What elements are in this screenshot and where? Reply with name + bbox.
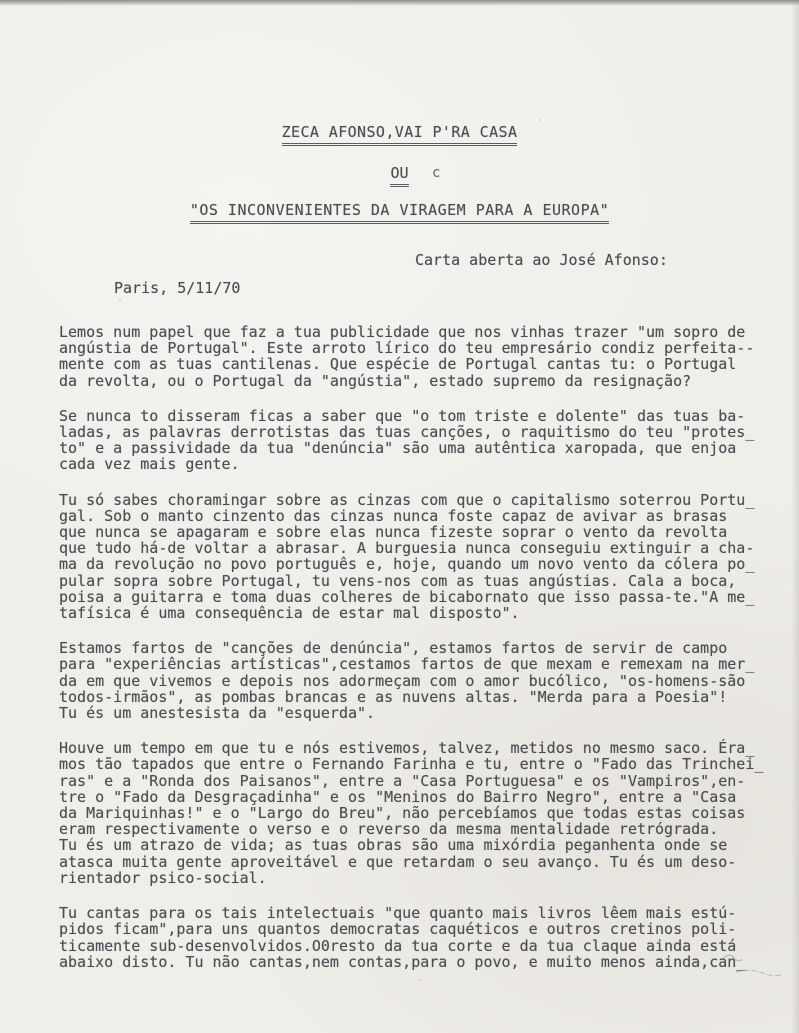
scan-edge-top [0, 0, 799, 6]
letter-page: ZECA AFONSO,VAI P'RA CASA OU c "OS INCON… [0, 0, 799, 1033]
letter-title: ZECA AFONSO,VAI P'RA CASA [0, 123, 799, 141]
title-connector-row: OU [0, 164, 799, 182]
letter-subtitle-row: "OS INCONVENIENTES DA VIRAGEM PARA A EUR… [0, 201, 799, 219]
paragraph-4: Estamos fartos de "canções de denúncia",… [59, 640, 779, 721]
salutation: Carta aberta ao José Afonso: [415, 251, 668, 269]
paragraph-6: Tu cantas para os tais intelectuais "que… [59, 905, 779, 970]
letter-body: Lemos num papel que faz a tua publicidad… [59, 324, 779, 989]
paragraph-5: Houve um tempo em que tu e nós estivemos… [59, 740, 779, 886]
paragraph-3: Tu só sabes choramingar sobre as cinzas … [59, 492, 779, 622]
title-line-2: "OS INCONVENIENTES DA VIRAGEM PARA A EUR… [190, 201, 609, 224]
paragraph-1: Lemos num papel que faz a tua publicidad… [59, 324, 779, 389]
dateline: Paris, 5/11/70 [114, 279, 240, 297]
title-line-1: ZECA AFONSO,VAI P'RA CASA [282, 123, 518, 146]
stray-typewriter-mark: c [432, 165, 440, 181]
title-connector: OU [390, 164, 408, 187]
pencil-squiggle-mark [722, 952, 782, 980]
scan-edge-right [791, 0, 799, 1033]
paragraph-2: Se nunca to disseram ficas a saber que "… [59, 408, 779, 473]
